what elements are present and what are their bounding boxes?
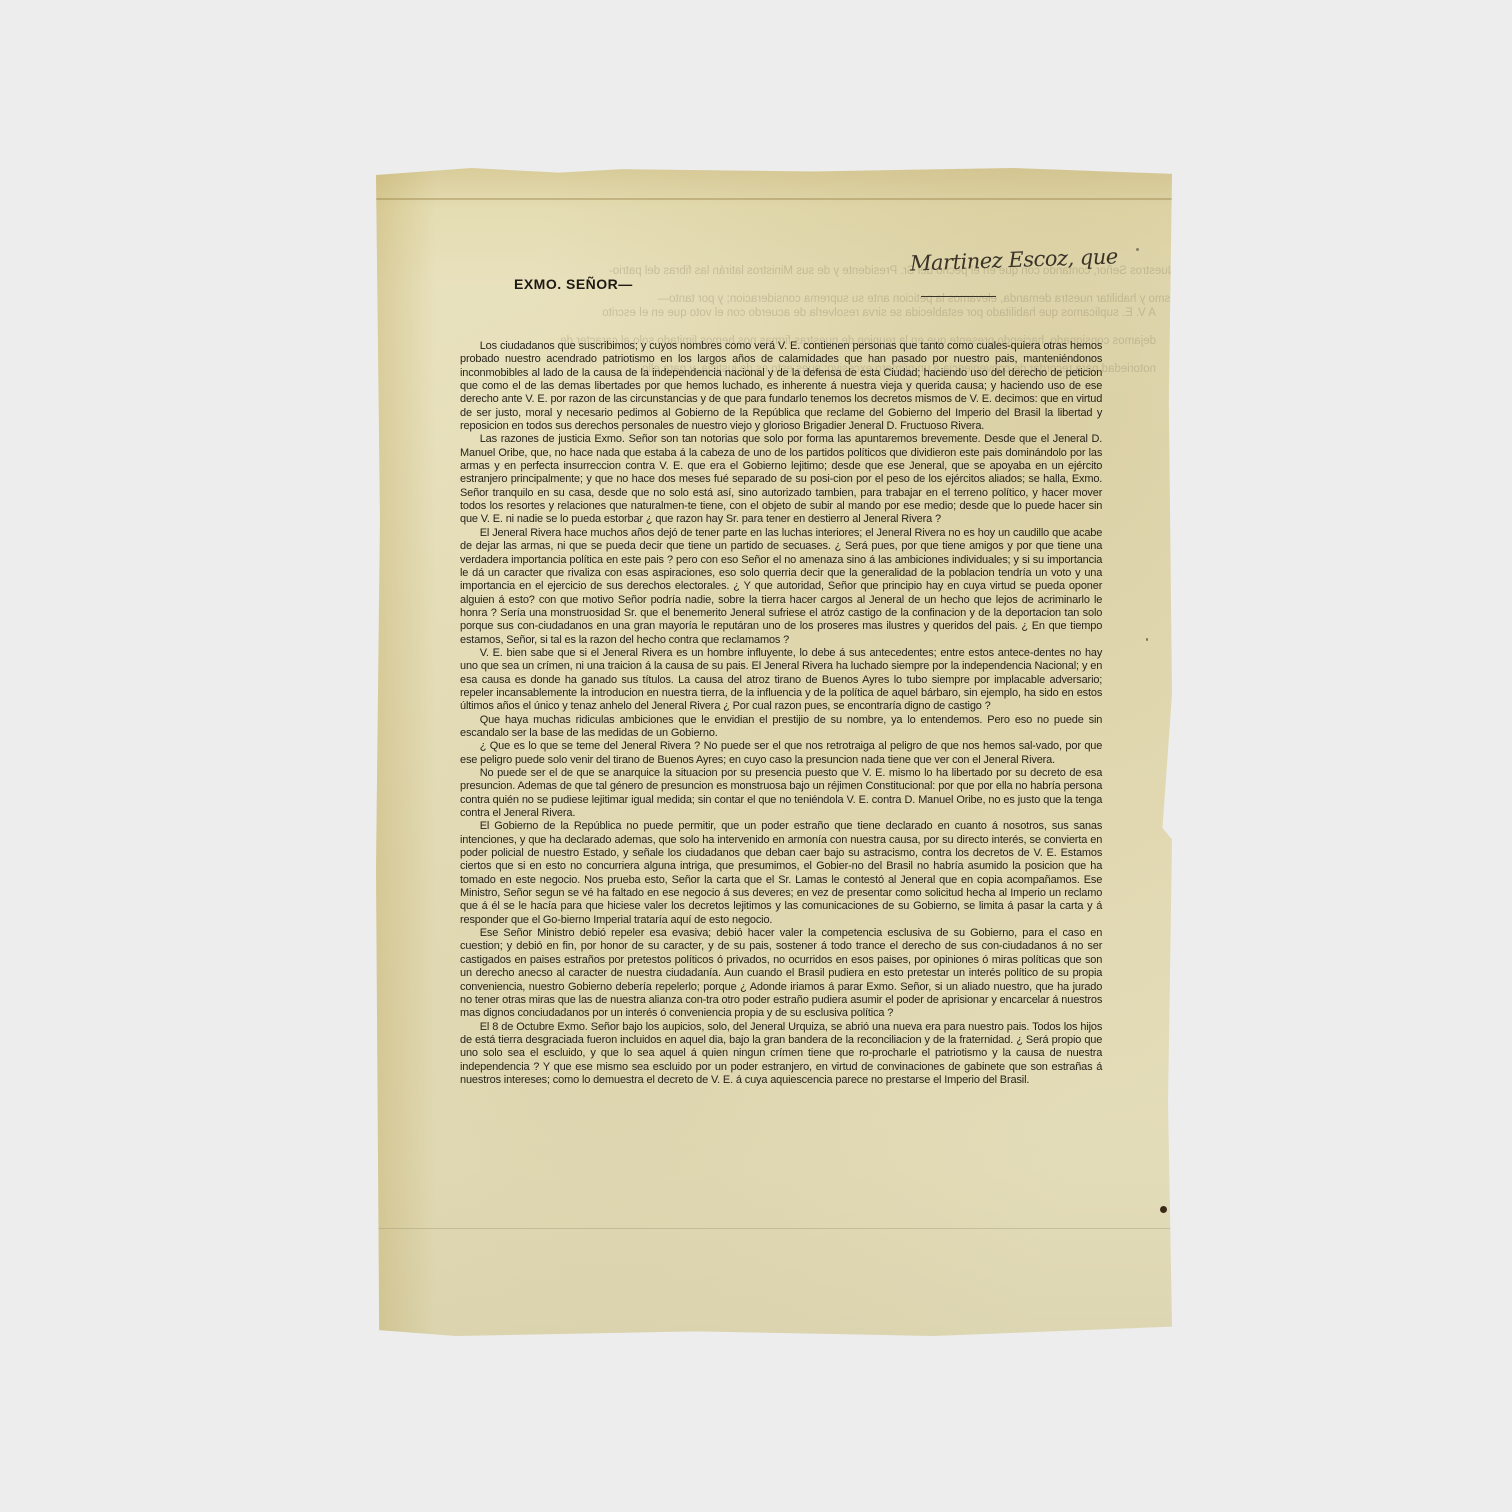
bottom-fold-crease [376,1228,1172,1229]
document-sheet: Nuestros Señor, contando con que en el p… [376,168,1172,1336]
top-fold-crease [376,198,1172,200]
paragraph: No puede ser el de que se anarquice la s… [460,767,1102,820]
paragraph: Los ciudadanos que suscribimos; y cuyos … [460,340,1102,433]
paragraph: ¿ Que es lo que se teme del Jeneral Rive… [460,740,1102,767]
paragraph: El Gobierno de la República no puede per… [460,820,1102,927]
edge-stain [376,168,436,1336]
paragraph: Ese Señor Ministro debió repeler esa eva… [460,927,1102,1020]
foxing-spot [1136,248,1139,251]
paragraph: V. E. bien sabe que si el Jeneral Rivera… [460,647,1102,714]
petition-body: Los ciudadanos que suscribimos; y cuyos … [460,340,1102,1087]
foxing-spot [966,1374,969,1377]
ink-spot [1160,1206,1167,1213]
paragraph: Las razones de justicia Exmo. Señor son … [460,433,1102,526]
paragraph: Que haya muchas ridiculas ambiciones que… [460,714,1102,741]
signature-underline [921,296,996,297]
show-through-line: A V. E. suplicamos que habilitado por es… [456,306,1156,320]
foxing-spot [1146,638,1148,641]
document-heading: EXMO. SEÑOR— [514,276,633,292]
paragraph: El Jeneral Rivera hace muchos años dejó … [460,527,1102,647]
paragraph: El 8 de Octubre Exmo. Señor bajo los aup… [460,1021,1102,1088]
